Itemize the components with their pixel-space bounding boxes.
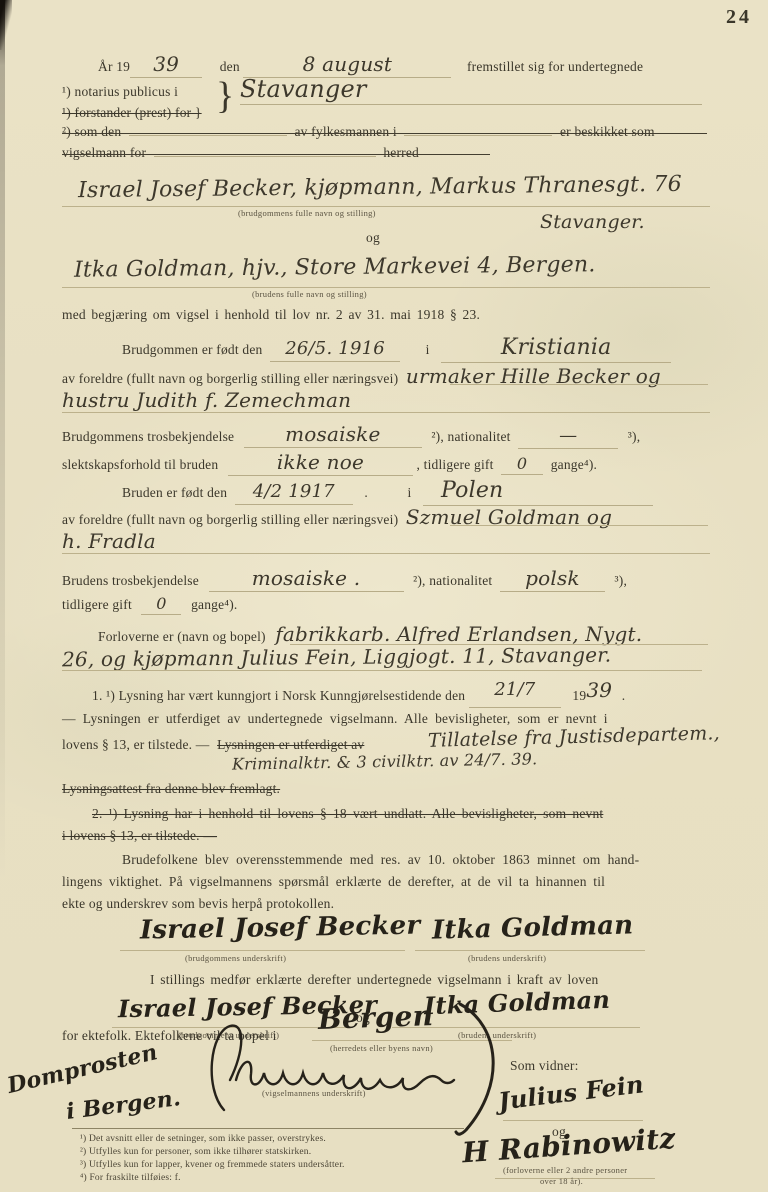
witnesses-label: Som vidner: bbox=[510, 1058, 579, 1073]
og-separator: og bbox=[366, 230, 380, 247]
witness2-signature-handwriting: H Rabinowitz bbox=[461, 1121, 676, 1171]
bride-nat-ref: ³), bbox=[615, 573, 628, 588]
forlovere-line2: 26, og kjøpmann Julius Fein, Liggjogt. 1… bbox=[62, 645, 611, 670]
kinship-handwriting: ikke noe bbox=[277, 450, 364, 474]
bride-faith-line: Brudens trosbekjendelse mosaiske . ²), n… bbox=[62, 566, 627, 592]
bride-name-caption: (brudens fulle navn og stilling) bbox=[252, 289, 367, 299]
lysningsattest-struck: Lysningsattest fra denne blev fremlagt. bbox=[62, 781, 280, 796]
vigselmann-for-line: vigselmann for herred bbox=[62, 145, 492, 162]
forlovere-handwriting2: 26, og kjøpmann Julius Fein, Liggjogt. 1… bbox=[62, 643, 612, 673]
groom-parents-line: av foreldre (fullt navn og borgerlig sti… bbox=[62, 364, 661, 389]
declaration-line1: Brudefolkene blev overensstemmende med r… bbox=[122, 852, 639, 869]
request-label: med begjæring om vigsel i henhold til lo… bbox=[62, 307, 480, 322]
kinship-line: slektskapsforhold til bruden ikke noe , … bbox=[62, 450, 597, 476]
groom-birthplace-handwriting: Kristiania bbox=[501, 335, 612, 360]
vigselmann-declaration-label: I stillings medfør erklærte derefter und… bbox=[150, 972, 599, 987]
groom-name-line: Israel Josef Becker, kjøpmann, Markus Th… bbox=[78, 174, 682, 202]
kriminalktr-handwriting: Kriminalktr. & 3 civilktr. av 24/7. 39. bbox=[232, 749, 538, 774]
domprosten-line2: i Bergen. bbox=[66, 1092, 181, 1120]
bride-faith-label: Brudens trosbekjendelse bbox=[62, 573, 199, 588]
lysning-19-label: 19 bbox=[572, 688, 586, 703]
fill-line bbox=[450, 525, 708, 526]
witness1-line: Julius Fein bbox=[498, 1078, 644, 1108]
domprosten-handwriting2: i Bergen. bbox=[65, 1085, 183, 1126]
lysning-date-handwriting: 21/7 bbox=[494, 679, 535, 700]
declaration2-label: lingens viktighet. På vigselmannens spør… bbox=[62, 874, 605, 889]
groom-gift-label: , tidligere gift bbox=[416, 457, 493, 472]
fill-line bbox=[450, 384, 708, 385]
document-page: 24 År 1939 den 8 august fremstillet sig … bbox=[0, 0, 768, 1192]
lysning-line1: 1. ¹) Lysning har vært kunngjort i Norsk… bbox=[92, 681, 625, 708]
bride-name-handwriting: Itka Goldman, hjv., Store Markevei 4, Be… bbox=[74, 251, 596, 284]
bride-gift-ref: gange⁴). bbox=[191, 597, 237, 612]
fremstillet-label: fremstillet sig for undertegnede bbox=[467, 59, 643, 74]
groom-gift-handwriting: 0 bbox=[517, 454, 527, 473]
date-handwriting: 8 august bbox=[303, 52, 392, 76]
lysning2-label: — Lysningen er utferdiget av undertegned… bbox=[62, 711, 608, 726]
bride-birthplace-handwriting: Polen bbox=[441, 478, 503, 503]
vigselmann-declaration-line: I stillings medfør erklærte derefter und… bbox=[150, 972, 599, 989]
bride-faith-ref: ²), nationalitet bbox=[413, 573, 492, 588]
bride-born-line: Bruden er født den 4/2 1917 . i Polen bbox=[122, 477, 653, 506]
fill-line bbox=[415, 950, 645, 951]
bride-gift-line: tidligere gift 0 gange⁴). bbox=[62, 594, 237, 615]
footnote-rule bbox=[72, 1128, 464, 1129]
witness-caption-line1: (forloverne eller 2 andre personer bbox=[503, 1165, 627, 1175]
herred-label: herred bbox=[383, 145, 419, 160]
av-fylkesmannen-label: av fylkesmannen i bbox=[294, 124, 396, 139]
fill-line bbox=[62, 412, 710, 413]
som-den-line: ²) som den av fylkesmannen i er beskikke… bbox=[62, 124, 707, 141]
fill-line bbox=[62, 206, 710, 207]
footnote-1: ¹) Det avsnitt eller de setninger, som i… bbox=[80, 1134, 326, 1144]
bride-nationality-handwriting: polsk bbox=[525, 566, 580, 590]
bride-born-handwriting: 4/2 1917 bbox=[253, 481, 335, 502]
declaration3-label: ekte og underskrev som bevis herpå proto… bbox=[62, 896, 334, 911]
footnote-4: ⁴) For fraskilte tilføies: f. bbox=[80, 1173, 181, 1183]
notarius-line: ¹) notarius publicus i bbox=[62, 84, 178, 101]
notarius-place-handwriting: Stavanger bbox=[240, 75, 367, 103]
forstander-label-struck: ¹) forstander (prest) for } bbox=[62, 105, 202, 120]
bride-name-line: Itka Goldman, hjv., Store Markevei 4, Be… bbox=[74, 254, 595, 282]
declaration1-label: Brudefolkene blev overensstemmende med r… bbox=[122, 852, 639, 867]
kriminalktr-line: Kriminalktr. & 3 civilktr. av 24/7. 39. bbox=[232, 752, 537, 772]
vigselmann-for-label: vigselmann for bbox=[62, 145, 146, 160]
bride-gift-handwriting: 0 bbox=[156, 594, 166, 613]
groom-faith-line: Brudgommens trosbekjendelse mosaiske ²),… bbox=[62, 422, 640, 449]
lysning2-line1: 2. ¹) Lysning har i henhold til lovens §… bbox=[92, 806, 603, 823]
bride-parents-line: av foreldre (fullt navn og borgerlig sti… bbox=[62, 505, 612, 530]
groom-faith-ref: ²), nationalitet bbox=[431, 429, 510, 444]
groom-in-label: i bbox=[426, 342, 430, 357]
page-number: 24 bbox=[726, 6, 752, 29]
page-corner-mark bbox=[0, 0, 12, 50]
og-label: og bbox=[366, 230, 380, 245]
notarius-label: ¹) notarius publicus i bbox=[62, 84, 178, 99]
groom-city-handwriting: Stavanger. bbox=[540, 211, 645, 233]
den-label: den bbox=[220, 59, 240, 74]
tillatelse-handwriting: Tillatelse fra Justisdepartem., bbox=[428, 722, 720, 753]
groom-gift-ref: gange⁴). bbox=[551, 457, 597, 472]
vigselmann-signature bbox=[196, 1018, 496, 1113]
bride-parents-line2: h. Fradla bbox=[62, 529, 156, 554]
witnesses-header: Som vidner: bbox=[510, 1058, 579, 1075]
kinship-label: slektskapsforhold til bruden bbox=[62, 457, 218, 472]
groom-faith-label: Brudgommens trosbekjendelse bbox=[62, 429, 234, 444]
witness-caption-line2: over 18 år). bbox=[540, 1176, 583, 1186]
bride-faith-handwriting: mosaiske . bbox=[252, 566, 361, 590]
request-line: med begjæring om vigsel i henhold til lo… bbox=[62, 307, 480, 324]
bride-born-label: Bruden er født den bbox=[122, 485, 227, 500]
lysning2b-struck: i lovens § 13, er tilstede. — bbox=[62, 828, 217, 843]
signature1-groom: Israel Josef Becker bbox=[140, 912, 420, 945]
tillatelse-line: Tillatelse fra Justisdepartem., bbox=[428, 726, 720, 750]
groom-signature-handwriting: Israel Josef Becker bbox=[140, 910, 421, 947]
year-handwriting: 39 bbox=[153, 52, 179, 76]
groom-parents-line2: hustru Judith f. Zemechman bbox=[62, 388, 351, 413]
lysning1-label: 1. ¹) Lysning har vært kunngjort i Norsk… bbox=[92, 688, 465, 703]
groom-born-line: Brudgommen er født den 26/5. 1916 i Kris… bbox=[122, 334, 671, 363]
signature1-bride: Itka Goldman bbox=[432, 912, 633, 945]
groom-name-line2: Stavanger. bbox=[540, 211, 645, 235]
groom-born-handwriting: 26/5. 1916 bbox=[285, 338, 385, 359]
bride-born-dot: . bbox=[364, 485, 368, 500]
strike-line bbox=[62, 154, 490, 155]
er-beskikket-label: er beskikket som bbox=[560, 124, 655, 139]
groom-name-handwriting: Israel Josef Becker, kjøpmann, Markus Th… bbox=[78, 171, 682, 205]
declaration-line2: lingens viktighet. På vigselmannens spør… bbox=[62, 874, 605, 891]
page-edge-shadow bbox=[0, 0, 5, 930]
fill-line bbox=[62, 287, 710, 288]
groom-nat-ref: ³), bbox=[628, 429, 641, 444]
domprosten-line1: Domprosten bbox=[6, 1056, 159, 1084]
lysning2-line2: i lovens § 13, er tilstede. — bbox=[62, 828, 217, 845]
groom-born-label: Brudgommen er født den bbox=[122, 342, 263, 357]
forstander-line: ¹) forstander (prest) for } bbox=[62, 105, 202, 122]
fill-line bbox=[62, 553, 710, 554]
bride-parents-label: av foreldre (fullt navn og borgerlig sti… bbox=[62, 512, 398, 527]
strike-line bbox=[62, 133, 707, 134]
officiant-caption: (vigselmannens underskrift) bbox=[262, 1088, 366, 1098]
footnote-2: ²) Utfylles kun for personer, som ikke t… bbox=[80, 1147, 311, 1157]
fill-line bbox=[120, 950, 405, 951]
notarius-place: Stavanger bbox=[240, 74, 702, 105]
lysning2-struck: 2. ¹) Lysning har i henhold til lovens §… bbox=[92, 806, 603, 821]
groom-parents-label: av foreldre (fullt navn og borgerlig sti… bbox=[62, 371, 398, 386]
footnote-3: ³) Utfylles kun for lapper, kvener og fr… bbox=[80, 1160, 345, 1170]
groom-nationality-handwriting: — bbox=[559, 425, 577, 446]
groom-signature-caption: (brudgommens underskrift) bbox=[185, 953, 286, 963]
lysning-dot: . bbox=[622, 688, 626, 703]
fill-line bbox=[62, 670, 702, 671]
som-den-label: ²) som den bbox=[62, 124, 121, 139]
lysning3-label: lovens § 13, er tilstede. — bbox=[62, 737, 210, 752]
year-prefix-label: År 19 bbox=[98, 59, 130, 74]
lysningsattest-line: Lysningsattest fra denne blev fremlagt. bbox=[62, 781, 280, 798]
groom-parents2-handwriting: hustru Judith f. Zemechman bbox=[62, 388, 351, 412]
groom-faith-handwriting: mosaiske bbox=[285, 422, 380, 446]
bride-signature-caption: (brudens underskrift) bbox=[468, 953, 546, 963]
bride-gift-label: tidligere gift bbox=[62, 597, 132, 612]
bride-signature-handwriting: Itka Goldman bbox=[432, 909, 634, 947]
declaration-line3: ekte og underskrev som bevis herpå proto… bbox=[62, 896, 334, 913]
bride-parents2-handwriting: h. Fradla bbox=[62, 529, 156, 553]
lysning3-struck: Lysningen er utferdiget av bbox=[217, 737, 364, 752]
fill-line bbox=[503, 1120, 643, 1121]
witness2-line: H Rabinowitz bbox=[462, 1128, 675, 1163]
forlovere-label: Forloverne er (navn og bopel) bbox=[98, 629, 266, 644]
lysning-year-handwriting: 39 bbox=[586, 678, 612, 702]
witness1-signature-handwriting: Julius Fein bbox=[497, 1069, 646, 1117]
brace-glyph: } bbox=[216, 74, 234, 118]
bride-in-label: i bbox=[408, 485, 412, 500]
groom-name-caption: (brudgommens fulle navn og stilling) bbox=[238, 208, 376, 218]
